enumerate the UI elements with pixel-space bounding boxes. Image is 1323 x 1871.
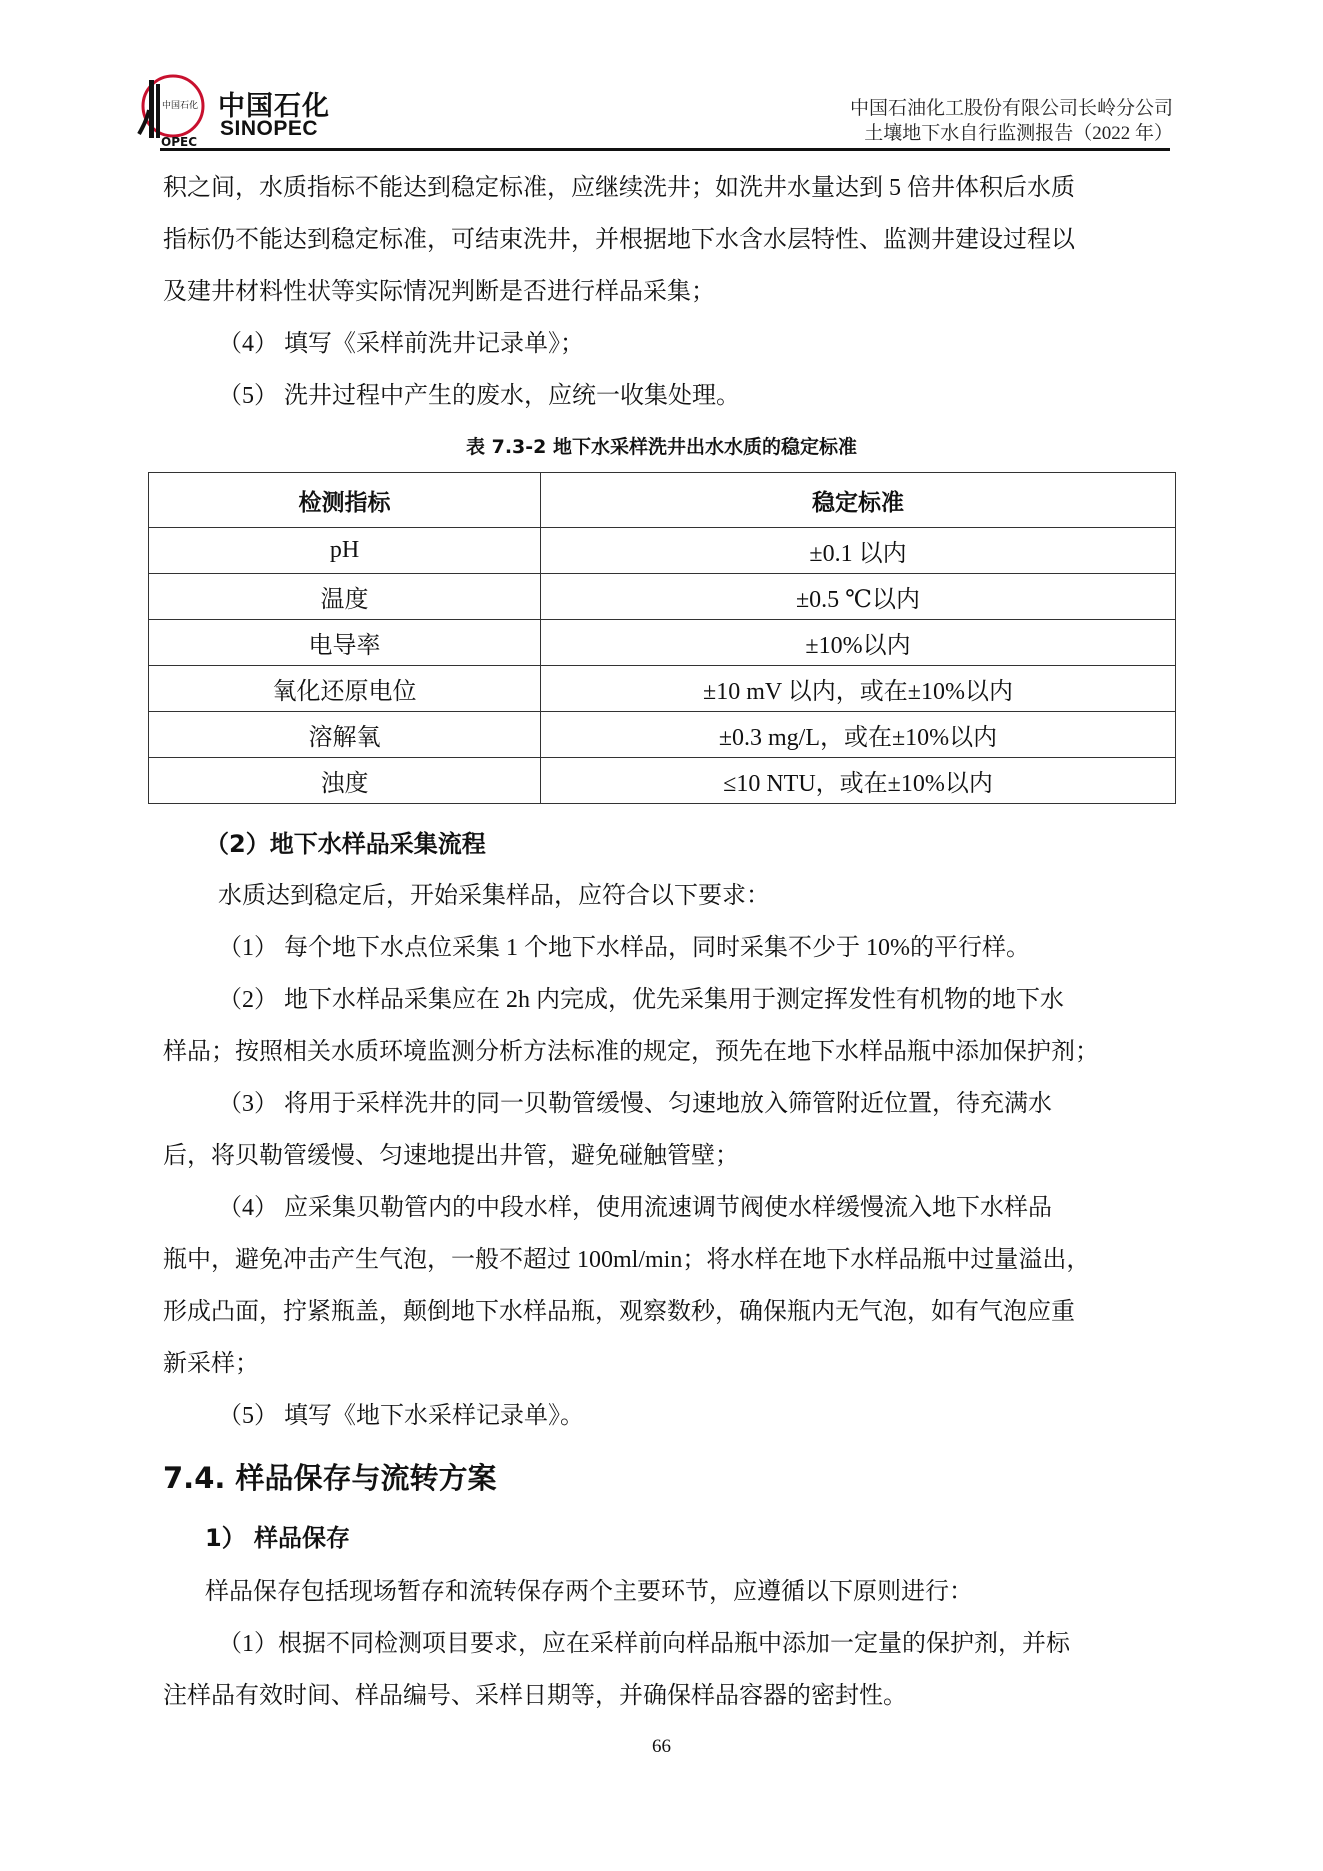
sinopec-logo-icon: 中国石化 OPEC bbox=[135, 70, 215, 148]
paragraph-line: 指标仍不能达到稳定标准，可结束洗井，并根据地下水含水层特性、监测井建设过程以 bbox=[163, 214, 1173, 266]
table-cell: 温度 bbox=[149, 574, 541, 620]
brand-name-en: SINOPEC bbox=[220, 117, 318, 141]
column-header: 检测指标 bbox=[149, 473, 541, 528]
table-header-row: 检测指标 稳定标准 bbox=[149, 473, 1176, 528]
report-title: 土壤地下水自行监测报告（2022 年） bbox=[850, 121, 1173, 146]
subsection-heading: 1） 样品保存 bbox=[205, 1512, 1215, 1564]
table-row: pH ±0.1 以内 bbox=[149, 528, 1176, 574]
table-cell: ±0.3 mg/L，或在±10%以内 bbox=[541, 712, 1176, 758]
list-item: （4） 应采集贝勒管内的中段水样，使用流速调节阀使水样缓慢流入地下水样品 bbox=[218, 1182, 1228, 1234]
list-item: （5） 洗井过程中产生的废水，应统一收集处理。 bbox=[218, 370, 1228, 422]
table-cell: 溶解氧 bbox=[149, 712, 541, 758]
paragraph-line: 及建井材料性状等实际情况判断是否进行样品采集； bbox=[163, 266, 1173, 318]
table-caption: 表 7.3-2 地下水采样洗井出水水质的稳定标准 bbox=[0, 432, 1323, 459]
paragraph-line: 瓶中，避免冲击产生气泡，一般不超过 100ml/min；将水样在地下水样品瓶中过… bbox=[163, 1234, 1173, 1286]
table-cell: 氧化还原电位 bbox=[149, 666, 541, 712]
table-row: 溶解氧 ±0.3 mg/L，或在±10%以内 bbox=[149, 712, 1176, 758]
paragraph-line: 形成凸面，拧紧瓶盖，颠倒地下水样品瓶，观察数秒，确保瓶内无气泡，如有气泡应重 bbox=[163, 1286, 1173, 1338]
table-row: 电导率 ±10%以内 bbox=[149, 620, 1176, 666]
table-cell: 浊度 bbox=[149, 758, 541, 804]
table-cell: ≤10 NTU，或在±10%以内 bbox=[541, 758, 1176, 804]
column-header: 稳定标准 bbox=[541, 473, 1176, 528]
list-item: （3） 将用于采样洗井的同一贝勒管缓慢、匀速地放入筛管附近位置，待充满水 bbox=[218, 1078, 1228, 1130]
list-item: （5） 填写《地下水采样记录单》。 bbox=[218, 1390, 1228, 1442]
paragraph-line: 新采样； bbox=[163, 1338, 1173, 1390]
table-cell: ±0.1 以内 bbox=[541, 528, 1176, 574]
table-cell: 电导率 bbox=[149, 620, 541, 666]
paragraph-line: 样品保存包括现场暂存和流转保存两个主要环节，应遵循以下原则进行： bbox=[205, 1566, 1215, 1618]
page-number: 66 bbox=[0, 1736, 1323, 1758]
table-row: 氧化还原电位 ±10 mV 以内，或在±10%以内 bbox=[149, 666, 1176, 712]
paragraph-line: 样品；按照相关水质环境监测分析方法标准的规定，预先在地下水样品瓶中添加保护剂； bbox=[163, 1026, 1173, 1078]
table-row: 温度 ±0.5 ℃以内 bbox=[149, 574, 1176, 620]
list-item: （4） 填写《采样前洗井记录单》； bbox=[218, 318, 1228, 370]
running-header: 中国石油化工股份有限公司长岭分公司 土壤地下水自行监测报告（2022 年） bbox=[850, 96, 1173, 146]
stability-standards-table: 检测指标 稳定标准 pH ±0.1 以内 温度 ±0.5 ℃以内 电导率 ±10… bbox=[148, 472, 1176, 804]
header-rule bbox=[160, 148, 1170, 151]
svg-text:中国石化: 中国石化 bbox=[162, 99, 198, 111]
paragraph-line: 后，将贝勒管缓慢、匀速地提出井管，避免碰触管壁； bbox=[163, 1130, 1173, 1182]
section-title-7-4: 7.4. 样品保存与流转方案 bbox=[163, 1456, 497, 1497]
list-item: （1）根据不同检测项目要求，应在采样前向样品瓶中添加一定量的保护剂，并标 bbox=[218, 1618, 1228, 1670]
table-cell: pH bbox=[149, 528, 541, 574]
paragraph-line: 注样品有效时间、样品编号、采样日期等，并确保样品容器的密封性。 bbox=[163, 1670, 1173, 1722]
table-cell: ±0.5 ℃以内 bbox=[541, 574, 1176, 620]
list-item: （1） 每个地下水点位采集 1 个地下水样品，同时采集不少于 10%的平行样。 bbox=[218, 922, 1228, 974]
section-heading: （2）地下水样品采集流程 bbox=[205, 818, 1215, 870]
table-cell: ±10 mV 以内，或在±10%以内 bbox=[541, 666, 1176, 712]
company-name: 中国石油化工股份有限公司长岭分公司 bbox=[850, 96, 1173, 121]
paragraph-line: 水质达到稳定后，开始采集样品，应符合以下要求： bbox=[218, 870, 1228, 922]
paragraph-line: 积之间，水质指标不能达到稳定标准，应继续洗井；如洗井水量达到 5 倍井体积后水质 bbox=[163, 162, 1173, 214]
svg-text:OPEC: OPEC bbox=[161, 135, 197, 148]
table-cell: ±10%以内 bbox=[541, 620, 1176, 666]
table-row: 浊度 ≤10 NTU，或在±10%以内 bbox=[149, 758, 1176, 804]
list-item: （2） 地下水样品采集应在 2h 内完成，优先采集用于测定挥发性有机物的地下水 bbox=[218, 974, 1228, 1026]
